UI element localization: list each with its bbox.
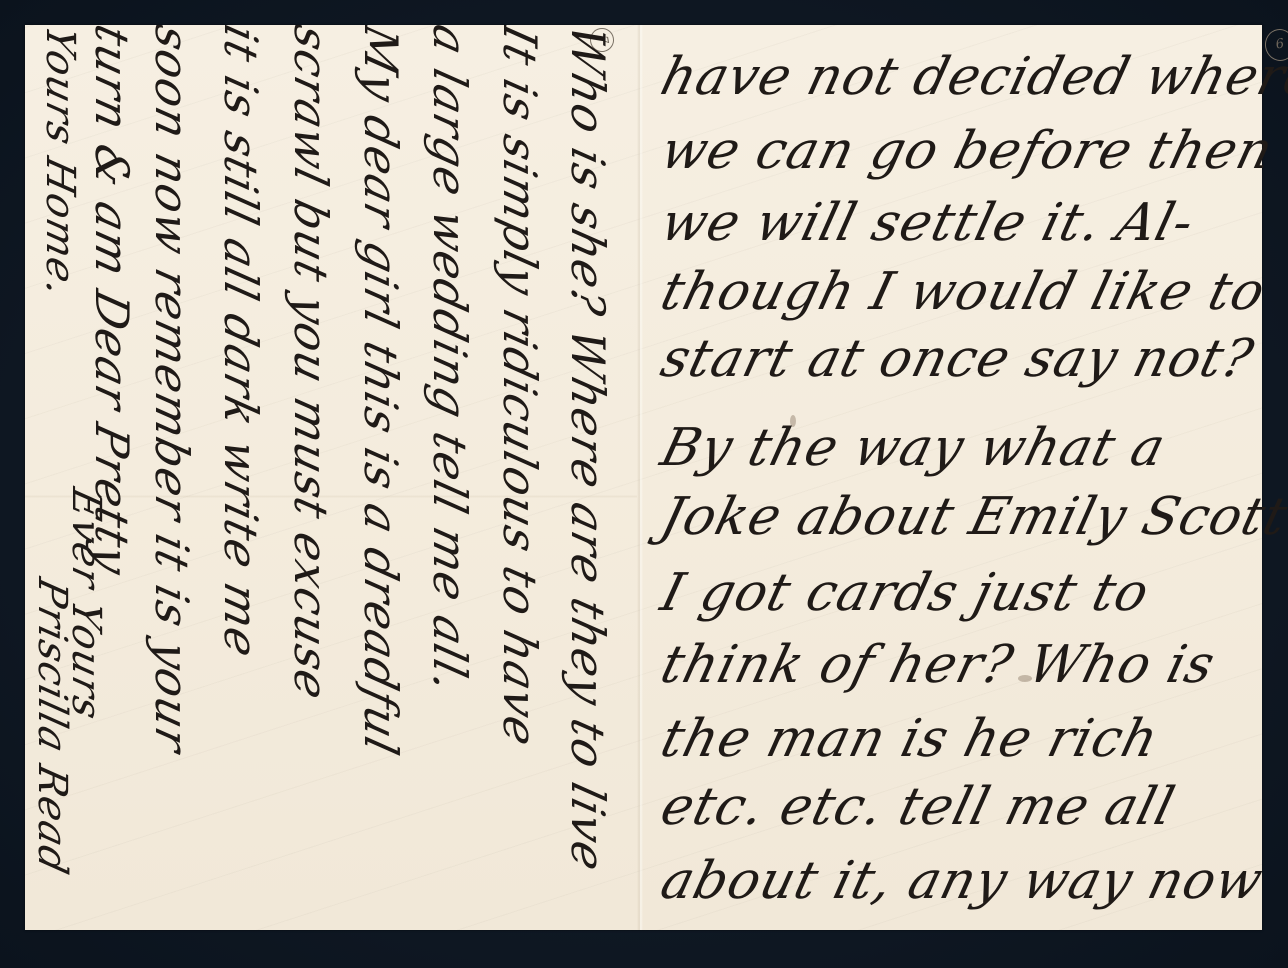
center-fold	[637, 25, 643, 930]
right-line-9: think of her? Who is	[655, 635, 1221, 695]
right-line-12: about it, any way now	[655, 851, 1269, 911]
left-line-9: Yours Home.	[37, 25, 83, 302]
right-line-1: have not decided where	[655, 47, 1288, 107]
left-line-5: scrawl but you must excuse	[284, 25, 338, 706]
right-line-5: start at once say not?	[655, 329, 1260, 389]
right-line-11: etc. etc. tell me all	[655, 777, 1181, 837]
left-line-11: Priscilla Read	[29, 574, 75, 879]
right-line-2: we can go before then	[655, 121, 1279, 181]
right-line-6: By the way what a	[655, 418, 1172, 478]
right-line-7: Joke about Emily Scott	[655, 487, 1288, 547]
right-line-3: we will settle it. Al-	[655, 193, 1200, 253]
right-line-8: I got cards just to	[655, 563, 1155, 623]
letter-sheet: 7 Who is she? Where are they to live It …	[25, 25, 1262, 930]
right-page: 6 have not decided where we can go befor…	[645, 25, 1262, 930]
left-line-7: soon now remember it is your	[145, 25, 199, 759]
left-line-3: a large wedding tell me all.	[423, 25, 477, 699]
left-line-2: It is simply ridiculous to have	[493, 25, 547, 752]
left-line-1: Who is she? Where are they to live	[561, 25, 615, 878]
left-line-6: it is still all dark write me	[214, 25, 268, 664]
left-page: 7 Who is she? Where are they to live It …	[25, 25, 637, 930]
right-line-10: the man is he rich	[655, 709, 1165, 769]
left-line-4: My dear girl this is a dreadful	[354, 25, 408, 761]
right-line-4: though I would like to	[655, 262, 1272, 322]
